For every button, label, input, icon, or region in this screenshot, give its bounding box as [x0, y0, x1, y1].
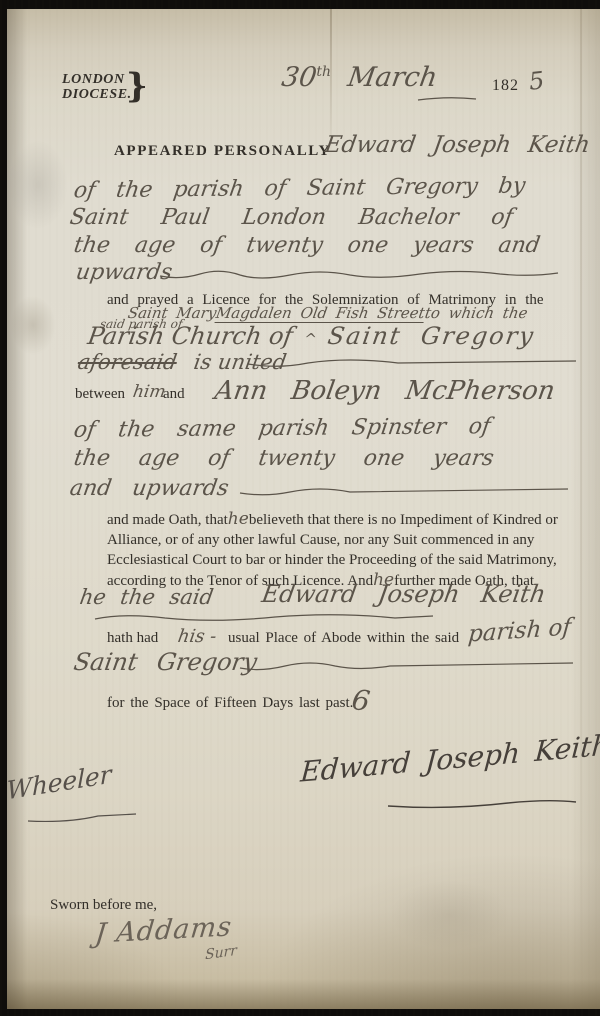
abode-his-text: his -: [176, 626, 218, 647]
deponent-signature-underline: [388, 798, 578, 810]
and-label: and: [163, 386, 185, 403]
bride-line2-text: the age of twenty one years: [72, 446, 496, 471]
year-printed: 182: [492, 77, 519, 95]
struck-aforesaid: aforesaid: [76, 350, 179, 374]
he-said-name-text: Edward Joseph Keith: [260, 580, 548, 608]
bride-line1-text: of the same parish Spinster of: [72, 414, 492, 443]
witness-left-underline: [28, 812, 138, 824]
interline-insertion: Saint Mary Magdalen Old Fish Street to w…: [128, 304, 528, 323]
groom-line1: of the parish of Saint Gregory by: [74, 174, 525, 204]
church-phrase: Parish Church of: [86, 322, 295, 350]
date-handwritten: 30th March: [282, 62, 437, 93]
church-parish: Saint Gregory: [326, 322, 537, 350]
date-flourish: [418, 95, 478, 103]
oath-1a: and made Oath, that: [107, 512, 228, 528]
diocese-brace: }: [126, 66, 148, 106]
bride-line2: the age of twenty one years: [74, 446, 494, 471]
abode-b: usual Place of Abode within the said: [228, 630, 459, 647]
him-hand: him: [133, 382, 166, 402]
insertion-caret: ^: [303, 330, 318, 348]
abode-a: hath had: [107, 630, 158, 647]
flourish-upwards: [160, 266, 560, 282]
date-ordinal: th: [316, 64, 331, 80]
he-said-phrase: he the said: [80, 585, 213, 609]
oath-3: Ecclesiastical Court to bar or hinder th…: [107, 552, 557, 568]
bride-line3-text: and upwards: [68, 476, 230, 501]
bride-line1: of the same parish Spinster of: [74, 414, 490, 443]
he-said-phrase-text: he the said: [78, 585, 215, 609]
appearer-name: Edward Joseph Keith: [325, 132, 590, 158]
sworn-label: Sworn before me,: [50, 897, 157, 914]
date-day: 30: [280, 62, 319, 93]
flourish-abode: [240, 658, 575, 674]
groom-line3-text: the age of twenty one years and: [72, 233, 542, 258]
abode-parish-name-text: Saint Gregory: [72, 648, 259, 676]
he-said-name: Edward Joseph Keith: [262, 580, 546, 608]
flourish-bride: [240, 484, 570, 498]
diocese-line2: DIOCESE.: [62, 87, 132, 102]
date-month: March: [345, 62, 439, 93]
flourish-united: [248, 356, 578, 370]
abode-parish-name: Saint Gregory: [74, 648, 257, 676]
between-label: between: [75, 386, 125, 403]
space-line: for the Space of Fifteen Days last past.: [107, 695, 353, 712]
church-line: Parish Church of ^ Saint Gregory: [88, 322, 535, 350]
document-photo: LONDON DIOCESE. } 30th March 182 5 APPEA…: [0, 0, 600, 1016]
diocese-line1: LONDON: [62, 72, 132, 87]
groom-line1-text: of the parish of Saint Gregory by: [72, 174, 527, 204]
oath-he1: he: [228, 509, 249, 529]
appearer-name-text: Edward Joseph Keith: [323, 132, 592, 158]
interline-underlined: Magdalen Old Fish Street: [215, 304, 427, 323]
groom-line3: the age of twenty one years and: [74, 233, 540, 258]
groom-line4: upwards: [76, 260, 172, 285]
diocese-label: LONDON DIOCESE.: [62, 72, 132, 102]
groom-line2-text: Saint Paul London Bachelor of: [68, 205, 515, 230]
oath-paragraph: and made Oath, thathebelieveth that ther…: [107, 509, 569, 591]
abode-his: his -: [178, 626, 216, 647]
him-hand-text: him: [131, 382, 167, 402]
oath-1b: believeth that there is no Impediment of…: [249, 512, 542, 528]
flourish-he-said: [95, 610, 435, 624]
bride-name: Ann Boleyn McPherson: [215, 376, 555, 406]
bride-line3: and upwards: [70, 476, 228, 501]
interline-post: to which the: [424, 304, 529, 322]
year-handwritten: 5: [528, 66, 546, 95]
bride-name-text: Ann Boleyn McPherson: [213, 376, 557, 406]
groom-line2: Saint Paul London Bachelor of: [70, 205, 513, 230]
appeared-label: APPEARED PERSONALLY: [114, 143, 331, 160]
